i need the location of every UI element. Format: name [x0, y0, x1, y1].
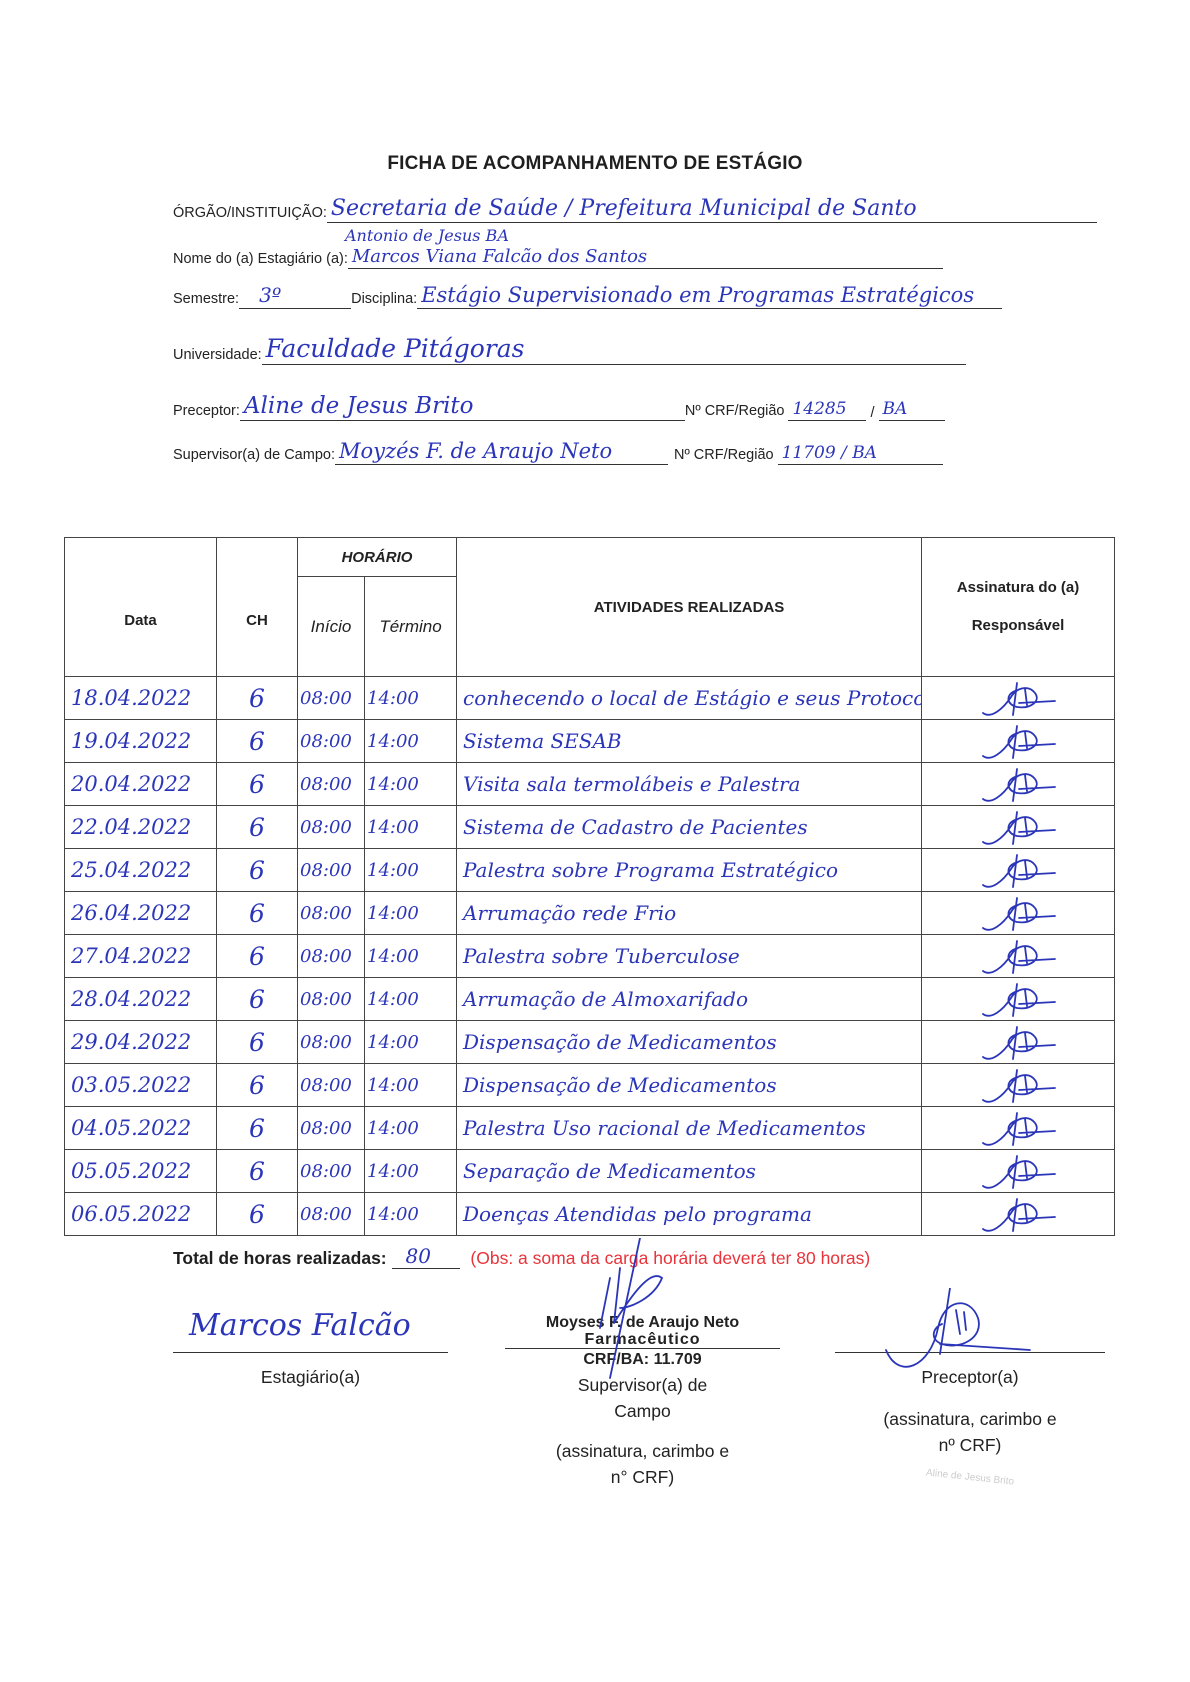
activity-log-body: 18.04.2022 6 08:00 14:00 conhecendo o lo…	[65, 677, 1115, 1236]
cell-inicio[interactable]: 08:00	[298, 935, 365, 978]
table-row: 03.05.2022 6 08:00 14:00 Dispensação de …	[65, 1064, 1115, 1107]
row-date: 27.04.2022	[65, 944, 216, 968]
row-inicio: 08:00	[298, 1118, 364, 1139]
cell-data[interactable]: 29.04.2022	[65, 1021, 217, 1064]
row-inicio: 08:00	[298, 1161, 364, 1182]
cell-ch[interactable]: 6	[217, 892, 298, 935]
row-termino: 14:00	[365, 1204, 456, 1225]
row-ch: 6	[217, 770, 297, 799]
orgao-value[interactable]: Secretaria de Saúde / Prefeitura Municip…	[327, 196, 1097, 223]
cell-atividade[interactable]: Visita sala termolábeis e Palestra	[457, 763, 922, 806]
row-atividade: Palestra sobre Tuberculose	[457, 944, 921, 968]
cell-assinatura[interactable]	[922, 1064, 1115, 1107]
cell-termino[interactable]: 14:00	[365, 677, 457, 720]
document-title: FICHA DE ACOMPANHAMENTO DE ESTÁGIO	[0, 153, 1190, 175]
row-inicio: 08:00	[298, 731, 364, 752]
row-date: 20.04.2022	[65, 772, 216, 796]
cell-atividade[interactable]: Palestra sobre Programa Estratégico	[457, 849, 922, 892]
activity-log-table: Data CH HORÁRIO ATIVIDADES REALIZADAS As…	[64, 537, 1115, 1236]
label-estagiario: Nome do (a) Estagiário (a):	[173, 251, 348, 269]
row-inicio: 08:00	[298, 774, 364, 795]
label-disciplina: Disciplina:	[351, 291, 417, 309]
table-row: 28.04.2022 6 08:00 14:00 Arrumação de Al…	[65, 978, 1115, 1021]
row-atividade: Arrumação rede Frio	[457, 901, 921, 925]
table-row: 26.04.2022 6 08:00 14:00 Arrumação rede …	[65, 892, 1115, 935]
row-date: 18.04.2022	[65, 686, 216, 710]
cell-data[interactable]: 20.04.2022	[65, 763, 217, 806]
cell-ch[interactable]: 6	[217, 1021, 298, 1064]
signature-scribble-icon	[973, 851, 1063, 889]
row-atividade: Palestra sobre Programa Estratégico	[457, 858, 921, 882]
row-termino: 14:00	[365, 688, 456, 709]
cell-ch[interactable]: 6	[217, 935, 298, 978]
cell-assinatura[interactable]	[922, 1021, 1115, 1064]
row-atividade: Dispensação de Medicamentos	[457, 1073, 921, 1097]
preceptor-crf-region-text: BA	[883, 399, 908, 419]
row-date: 19.04.2022	[65, 729, 216, 753]
row-atividade: Sistema SESAB	[457, 729, 921, 753]
cell-termino[interactable]: 14:00	[365, 806, 457, 849]
cell-assinatura[interactable]	[922, 849, 1115, 892]
row-inicio: 08:00	[298, 946, 364, 967]
row-atividade: Separação de Medicamentos	[457, 1159, 921, 1183]
row-termino: 14:00	[365, 989, 456, 1010]
table-row: 18.04.2022 6 08:00 14:00 conhecendo o lo…	[65, 677, 1115, 720]
estagiario-name: Marcos Viana Falcão dos Santos	[352, 246, 647, 267]
cell-termino[interactable]: 14:00	[365, 892, 457, 935]
semestre-value[interactable]: 3º	[239, 282, 351, 309]
row-atividade: Visita sala termolábeis e Palestra	[457, 772, 921, 796]
signature-scribble-icon	[973, 808, 1063, 846]
row-ch: 6	[217, 1200, 297, 1229]
table-row: 25.04.2022 6 08:00 14:00 Palestra sobre …	[65, 849, 1115, 892]
cell-termino[interactable]: 14:00	[365, 1193, 457, 1236]
row-inicio: 08:00	[298, 1204, 364, 1225]
supervisor-name: Moyzés F. de Araujo Neto	[339, 439, 612, 463]
row-termino: 14:00	[365, 1118, 456, 1139]
preceptor-note-l1: (assinatura, carimbo e	[835, 1406, 1105, 1432]
row-termino: 14:00	[365, 903, 456, 924]
cell-assinatura[interactable]	[922, 763, 1115, 806]
preceptor-crf-region[interactable]: BA	[879, 390, 945, 421]
header-assinatura-l1: Assinatura do (a)	[957, 579, 1080, 596]
label-supervisor: Supervisor(a) de Campo:	[173, 447, 335, 465]
cell-atividade[interactable]: Sistema de Cadastro de Pacientes	[457, 806, 922, 849]
label-preceptor: Preceptor:	[173, 403, 240, 421]
cell-inicio[interactable]: 08:00	[298, 677, 365, 720]
table-row: 04.05.2022 6 08:00 14:00 Palestra Uso ra…	[65, 1107, 1115, 1150]
cell-inicio[interactable]: 08:00	[298, 763, 365, 806]
table-row: 22.04.2022 6 08:00 14:00 Sistema de Cada…	[65, 806, 1115, 849]
cell-ch[interactable]: 6	[217, 720, 298, 763]
cell-atividade[interactable]: Palestra Uso racional de Medicamentos	[457, 1107, 922, 1150]
cell-atividade[interactable]: Dispensação de Medicamentos	[457, 1021, 922, 1064]
total-hours: Total de horas realizadas: 80 (Obs: a so…	[173, 1248, 870, 1269]
row-date: 04.05.2022	[65, 1116, 216, 1140]
row-ch: 6	[217, 942, 297, 971]
row-date: 06.05.2022	[65, 1202, 216, 1226]
preceptor-value[interactable]: Aline de Jesus Brito	[240, 390, 685, 421]
row-atividade: conhecendo o local de Estágio e seus Pro…	[457, 686, 921, 710]
row-ch: 6	[217, 813, 297, 842]
supervisor-value[interactable]: Moyzés F. de Araujo Neto	[335, 432, 668, 465]
row-atividade: Sistema de Cadastro de Pacientes	[457, 815, 921, 839]
header-data: Data	[65, 538, 217, 677]
universidade-text: Faculdade Pitágoras	[266, 334, 525, 363]
row-date: 25.04.2022	[65, 858, 216, 882]
cell-ch[interactable]: 6	[217, 1107, 298, 1150]
signature-scribble-icon	[973, 722, 1063, 760]
disciplina-value[interactable]: Estágio Supervisionado em Programas Estr…	[417, 282, 1002, 309]
field-universidade: Universidade: Faculdade Pitágoras	[173, 330, 966, 365]
cell-inicio[interactable]: 08:00	[298, 892, 365, 935]
cell-atividade[interactable]: Arrumação de Almoxarifado	[457, 978, 922, 1021]
cell-ch[interactable]: 6	[217, 1064, 298, 1107]
cell-data[interactable]: 18.04.2022	[65, 677, 217, 720]
cell-data[interactable]: 27.04.2022	[65, 935, 217, 978]
crf-slash: /	[866, 405, 878, 421]
row-ch: 6	[217, 899, 297, 928]
row-ch: 6	[217, 1157, 297, 1186]
cell-atividade[interactable]: Sistema SESAB	[457, 720, 922, 763]
row-atividade: Doenças Atendidas pelo programa	[457, 1202, 921, 1226]
supervisor-signature-scribble-icon	[580, 1238, 670, 1388]
cell-inicio[interactable]: 08:00	[298, 1193, 365, 1236]
cell-atividade[interactable]: Doenças Atendidas pelo programa	[457, 1193, 922, 1236]
cell-assinatura[interactable]	[922, 1107, 1115, 1150]
cell-ch[interactable]: 6	[217, 849, 298, 892]
header-horario: HORÁRIO	[298, 538, 457, 577]
cell-inicio[interactable]: 08:00	[298, 1107, 365, 1150]
cell-data[interactable]: 04.05.2022	[65, 1107, 217, 1150]
row-date: 03.05.2022	[65, 1073, 216, 1097]
row-inicio: 08:00	[298, 903, 364, 924]
preceptor-note-l2: nº CRF)	[835, 1432, 1105, 1458]
cell-assinatura[interactable]	[922, 935, 1115, 978]
signature-scribble-icon	[973, 894, 1063, 932]
cell-inicio[interactable]: 08:00	[298, 720, 365, 763]
field-orgao: ÓRGÃO/INSTITUIÇÃO: Secretaria de Saúde /…	[173, 196, 1097, 223]
preceptor-crf-number-text: 14285	[792, 399, 846, 419]
cell-ch[interactable]: 6	[217, 1150, 298, 1193]
header-termino: Término	[365, 577, 457, 677]
universidade-value[interactable]: Faculdade Pitágoras	[262, 330, 966, 365]
row-termino: 14:00	[365, 860, 456, 881]
label-preceptor-crf: Nº CRF/Região	[685, 403, 785, 421]
label-orgao: ÓRGÃO/INSTITUIÇÃO:	[173, 205, 327, 223]
header-atividades: ATIVIDADES REALIZADAS	[457, 538, 922, 677]
cell-ch[interactable]: 6	[217, 677, 298, 720]
row-inicio: 08:00	[298, 1032, 364, 1053]
cell-data[interactable]: 06.05.2022	[65, 1193, 217, 1236]
row-termino: 14:00	[365, 817, 456, 838]
cell-data[interactable]: 28.04.2022	[65, 978, 217, 1021]
estagiario-signature: Marcos Falcão	[173, 1300, 448, 1352]
row-termino: 14:00	[365, 1032, 456, 1053]
row-date: 29.04.2022	[65, 1030, 216, 1054]
cell-data[interactable]: 03.05.2022	[65, 1064, 217, 1107]
cell-assinatura[interactable]	[922, 892, 1115, 935]
supervisor-note-l1: (assinatura, carimbo e	[505, 1438, 780, 1464]
row-ch: 6	[217, 1114, 297, 1143]
row-termino: 14:00	[365, 1075, 456, 1096]
signature-estagiario: Marcos Falcão Estagiário(a)	[173, 1300, 448, 1388]
header-inicio: Início	[298, 577, 365, 677]
signature-scribble-icon	[973, 937, 1063, 975]
header-ch: CH	[217, 538, 298, 677]
cell-data[interactable]: 19.04.2022	[65, 720, 217, 763]
cell-inicio[interactable]: 08:00	[298, 978, 365, 1021]
signature-scribble-icon	[973, 679, 1063, 717]
row-ch: 6	[217, 684, 297, 713]
cell-termino[interactable]: 14:00	[365, 1021, 457, 1064]
row-date: 26.04.2022	[65, 901, 216, 925]
preceptor-name: Aline de Jesus Brito	[244, 393, 474, 419]
row-inicio: 08:00	[298, 688, 364, 709]
row-atividade: Dispensação de Medicamentos	[457, 1030, 921, 1054]
cell-atividade[interactable]: Arrumação rede Frio	[457, 892, 922, 935]
row-date: 05.05.2022	[65, 1159, 216, 1183]
signature-scribble-icon	[973, 980, 1063, 1018]
cell-ch[interactable]: 6	[217, 763, 298, 806]
supervisor-crf-text: 11709 / BA	[782, 443, 877, 463]
table-row: 29.04.2022 6 08:00 14:00 Dispensação de …	[65, 1021, 1115, 1064]
semestre-text: 3º	[259, 283, 281, 307]
row-termino: 14:00	[365, 1161, 456, 1182]
row-ch: 6	[217, 1028, 297, 1057]
cell-assinatura[interactable]	[922, 720, 1115, 763]
row-ch: 6	[217, 856, 297, 885]
table-row: 05.05.2022 6 08:00 14:00 Separação de Me…	[65, 1150, 1115, 1193]
cell-atividade[interactable]: Separação de Medicamentos	[457, 1150, 922, 1193]
cell-ch[interactable]: 6	[217, 978, 298, 1021]
cell-assinatura[interactable]	[922, 1150, 1115, 1193]
row-ch: 6	[217, 727, 297, 756]
signature-scribble-icon	[973, 1195, 1063, 1233]
preceptor-crf-number[interactable]: 14285	[788, 390, 866, 421]
signature-supervisor: Moyses F. de Araujo Neto Farmacêutico CR…	[505, 1298, 780, 1490]
signature-scribble-icon	[973, 1023, 1063, 1061]
cell-assinatura[interactable]	[922, 978, 1115, 1021]
cell-termino[interactable]: 14:00	[365, 720, 457, 763]
cell-inicio[interactable]: 08:00	[298, 1150, 365, 1193]
row-termino: 14:00	[365, 946, 456, 967]
cell-assinatura[interactable]	[922, 677, 1115, 720]
label-semestre: Semestre:	[173, 291, 239, 309]
cell-assinatura[interactable]	[922, 806, 1115, 849]
row-atividade: Arrumação de Almoxarifado	[457, 987, 921, 1011]
supervisor-note-l2: n° CRF)	[505, 1464, 780, 1490]
table-row: 20.04.2022 6 08:00 14:00 Visita sala ter…	[65, 763, 1115, 806]
signature-scribble-icon	[973, 1066, 1063, 1104]
cell-termino[interactable]: 14:00	[365, 1107, 457, 1150]
cell-ch[interactable]: 6	[217, 1193, 298, 1236]
total-label: Total de horas realizadas:	[173, 1248, 387, 1268]
row-ch: 6	[217, 1071, 297, 1100]
cell-data[interactable]: 25.04.2022	[65, 849, 217, 892]
header-assinatura-l2: Responsável	[972, 617, 1065, 634]
signature-scribble-icon	[973, 765, 1063, 803]
label-universidade: Universidade:	[173, 347, 262, 365]
row-termino: 14:00	[365, 774, 456, 795]
table-row: 27.04.2022 6 08:00 14:00 Palestra sobre …	[65, 935, 1115, 978]
cell-atividade[interactable]: conhecendo o local de Estágio e seus Pro…	[457, 677, 922, 720]
total-obs: (Obs: a soma da carga horária deverá ter…	[470, 1248, 870, 1268]
row-inicio: 08:00	[298, 817, 364, 838]
cell-inicio[interactable]: 08:00	[298, 849, 365, 892]
cell-data[interactable]: 22.04.2022	[65, 806, 217, 849]
row-ch: 6	[217, 985, 297, 1014]
row-termino: 14:00	[365, 731, 456, 752]
supervisor-caption-l2: Campo	[505, 1398, 780, 1424]
row-date: 22.04.2022	[65, 815, 216, 839]
disciplina-text: Estágio Supervisionado em Programas Estr…	[421, 283, 974, 307]
signature-scribble-icon	[973, 1152, 1063, 1190]
field-preceptor: Preceptor: Aline de Jesus Brito Nº CRF/R…	[173, 390, 945, 421]
row-inicio: 08:00	[298, 989, 364, 1010]
cell-termino[interactable]: 14:00	[365, 1150, 457, 1193]
cell-inicio[interactable]: 08:00	[298, 806, 365, 849]
supervisor-crf-value[interactable]: 11709 / BA	[778, 432, 943, 465]
signature-preceptor: Preceptor(a) (assinatura, carimbo e nº C…	[835, 1300, 1105, 1483]
cell-inicio[interactable]: 08:00	[298, 1064, 365, 1107]
row-inicio: 08:00	[298, 860, 364, 881]
row-date: 28.04.2022	[65, 987, 216, 1011]
field-supervisor: Supervisor(a) de Campo: Moyzés F. de Ara…	[173, 432, 943, 465]
label-supervisor-crf: Nº CRF/Região	[674, 447, 774, 465]
signature-scribble-icon	[973, 1109, 1063, 1147]
preceptor-faint-stamp: Aline de Jesus Brito	[835, 1458, 1105, 1497]
estagiario-caption: Estagiário(a)	[173, 1352, 448, 1388]
cell-data[interactable]: 26.04.2022	[65, 892, 217, 935]
total-value: 80	[406, 1244, 431, 1268]
cell-termino[interactable]: 14:00	[365, 1064, 457, 1107]
orgao-value-line1: Secretaria de Saúde / Prefeitura Municip…	[331, 196, 917, 221]
header-assinatura: Assinatura do (a) Responsável	[922, 538, 1115, 677]
row-inicio: 08:00	[298, 1075, 364, 1096]
preceptor-signature-scribble-icon	[880, 1288, 1040, 1378]
cell-termino[interactable]: 14:00	[365, 935, 457, 978]
cell-ch[interactable]: 6	[217, 806, 298, 849]
total-value-field[interactable]: 80	[392, 1250, 460, 1269]
cell-data[interactable]: 05.05.2022	[65, 1150, 217, 1193]
cell-termino[interactable]: 14:00	[365, 849, 457, 892]
estagiario-value[interactable]: Marcos Viana Falcão dos Santos	[348, 242, 943, 269]
table-row: 19.04.2022 6 08:00 14:00 Sistema SESAB	[65, 720, 1115, 763]
cell-termino[interactable]: 14:00	[365, 763, 457, 806]
cell-termino[interactable]: 14:00	[365, 978, 457, 1021]
cell-inicio[interactable]: 08:00	[298, 1021, 365, 1064]
field-estagiario: Nome do (a) Estagiário (a): Marcos Viana…	[173, 242, 943, 269]
table-row: 06.05.2022 6 08:00 14:00 Doenças Atendid…	[65, 1193, 1115, 1236]
cell-atividade[interactable]: Dispensação de Medicamentos	[457, 1064, 922, 1107]
cell-assinatura[interactable]	[922, 1193, 1115, 1236]
cell-atividade[interactable]: Palestra sobre Tuberculose	[457, 935, 922, 978]
row-atividade: Palestra Uso racional de Medicamentos	[457, 1116, 921, 1140]
field-semestre-disciplina: Semestre: 3º Disciplina: Estágio Supervi…	[173, 282, 1002, 309]
